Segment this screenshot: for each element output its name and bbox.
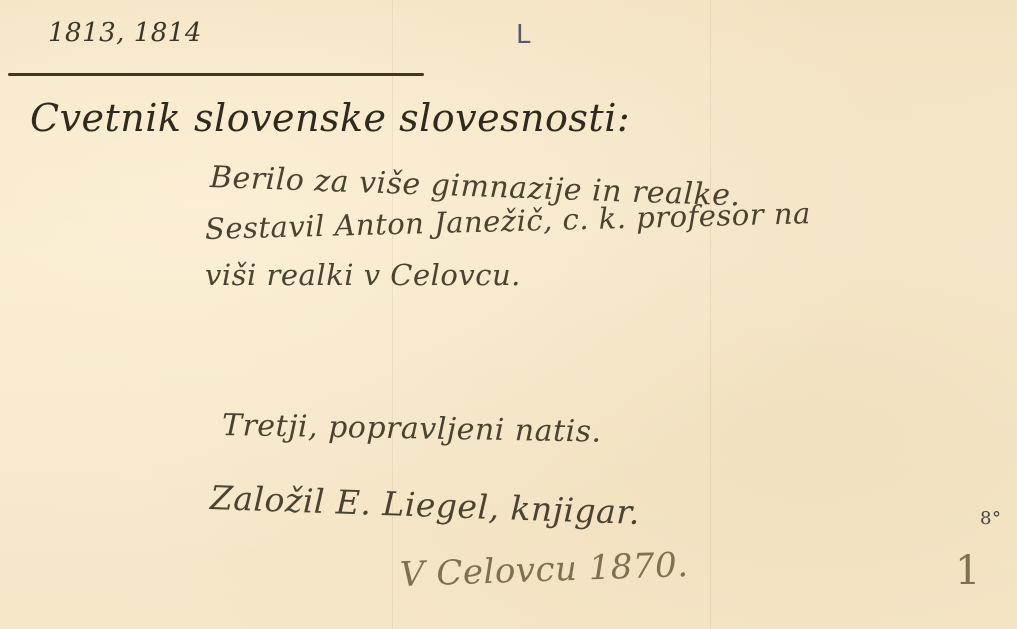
section-letter: L — [516, 20, 531, 50]
format-note: 8° — [980, 508, 1001, 529]
place-and-year: V Celovcu 1870. — [399, 545, 689, 595]
call-numbers: 1813, 1814 — [48, 18, 202, 48]
author-line-2: viši realki v Celovcu. — [205, 258, 521, 292]
edition-statement: Tretji, popravljeni natis. — [222, 408, 602, 450]
card-fold-line — [392, 0, 393, 629]
book-title: Cvetnik slovenske slovesnosti: — [30, 96, 630, 140]
volume-count: 1 — [955, 548, 981, 594]
author-line-1: Sestavil Anton Janežič, c. k. profesor n… — [205, 196, 812, 246]
publisher-statement: Založil E. Liegel, knjigar. — [209, 478, 640, 532]
card-fold-line — [710, 0, 711, 629]
header-divider — [8, 73, 424, 76]
catalog-card: 1813, 1814 L Cvetnik slovenske slovesnos… — [0, 0, 1017, 629]
